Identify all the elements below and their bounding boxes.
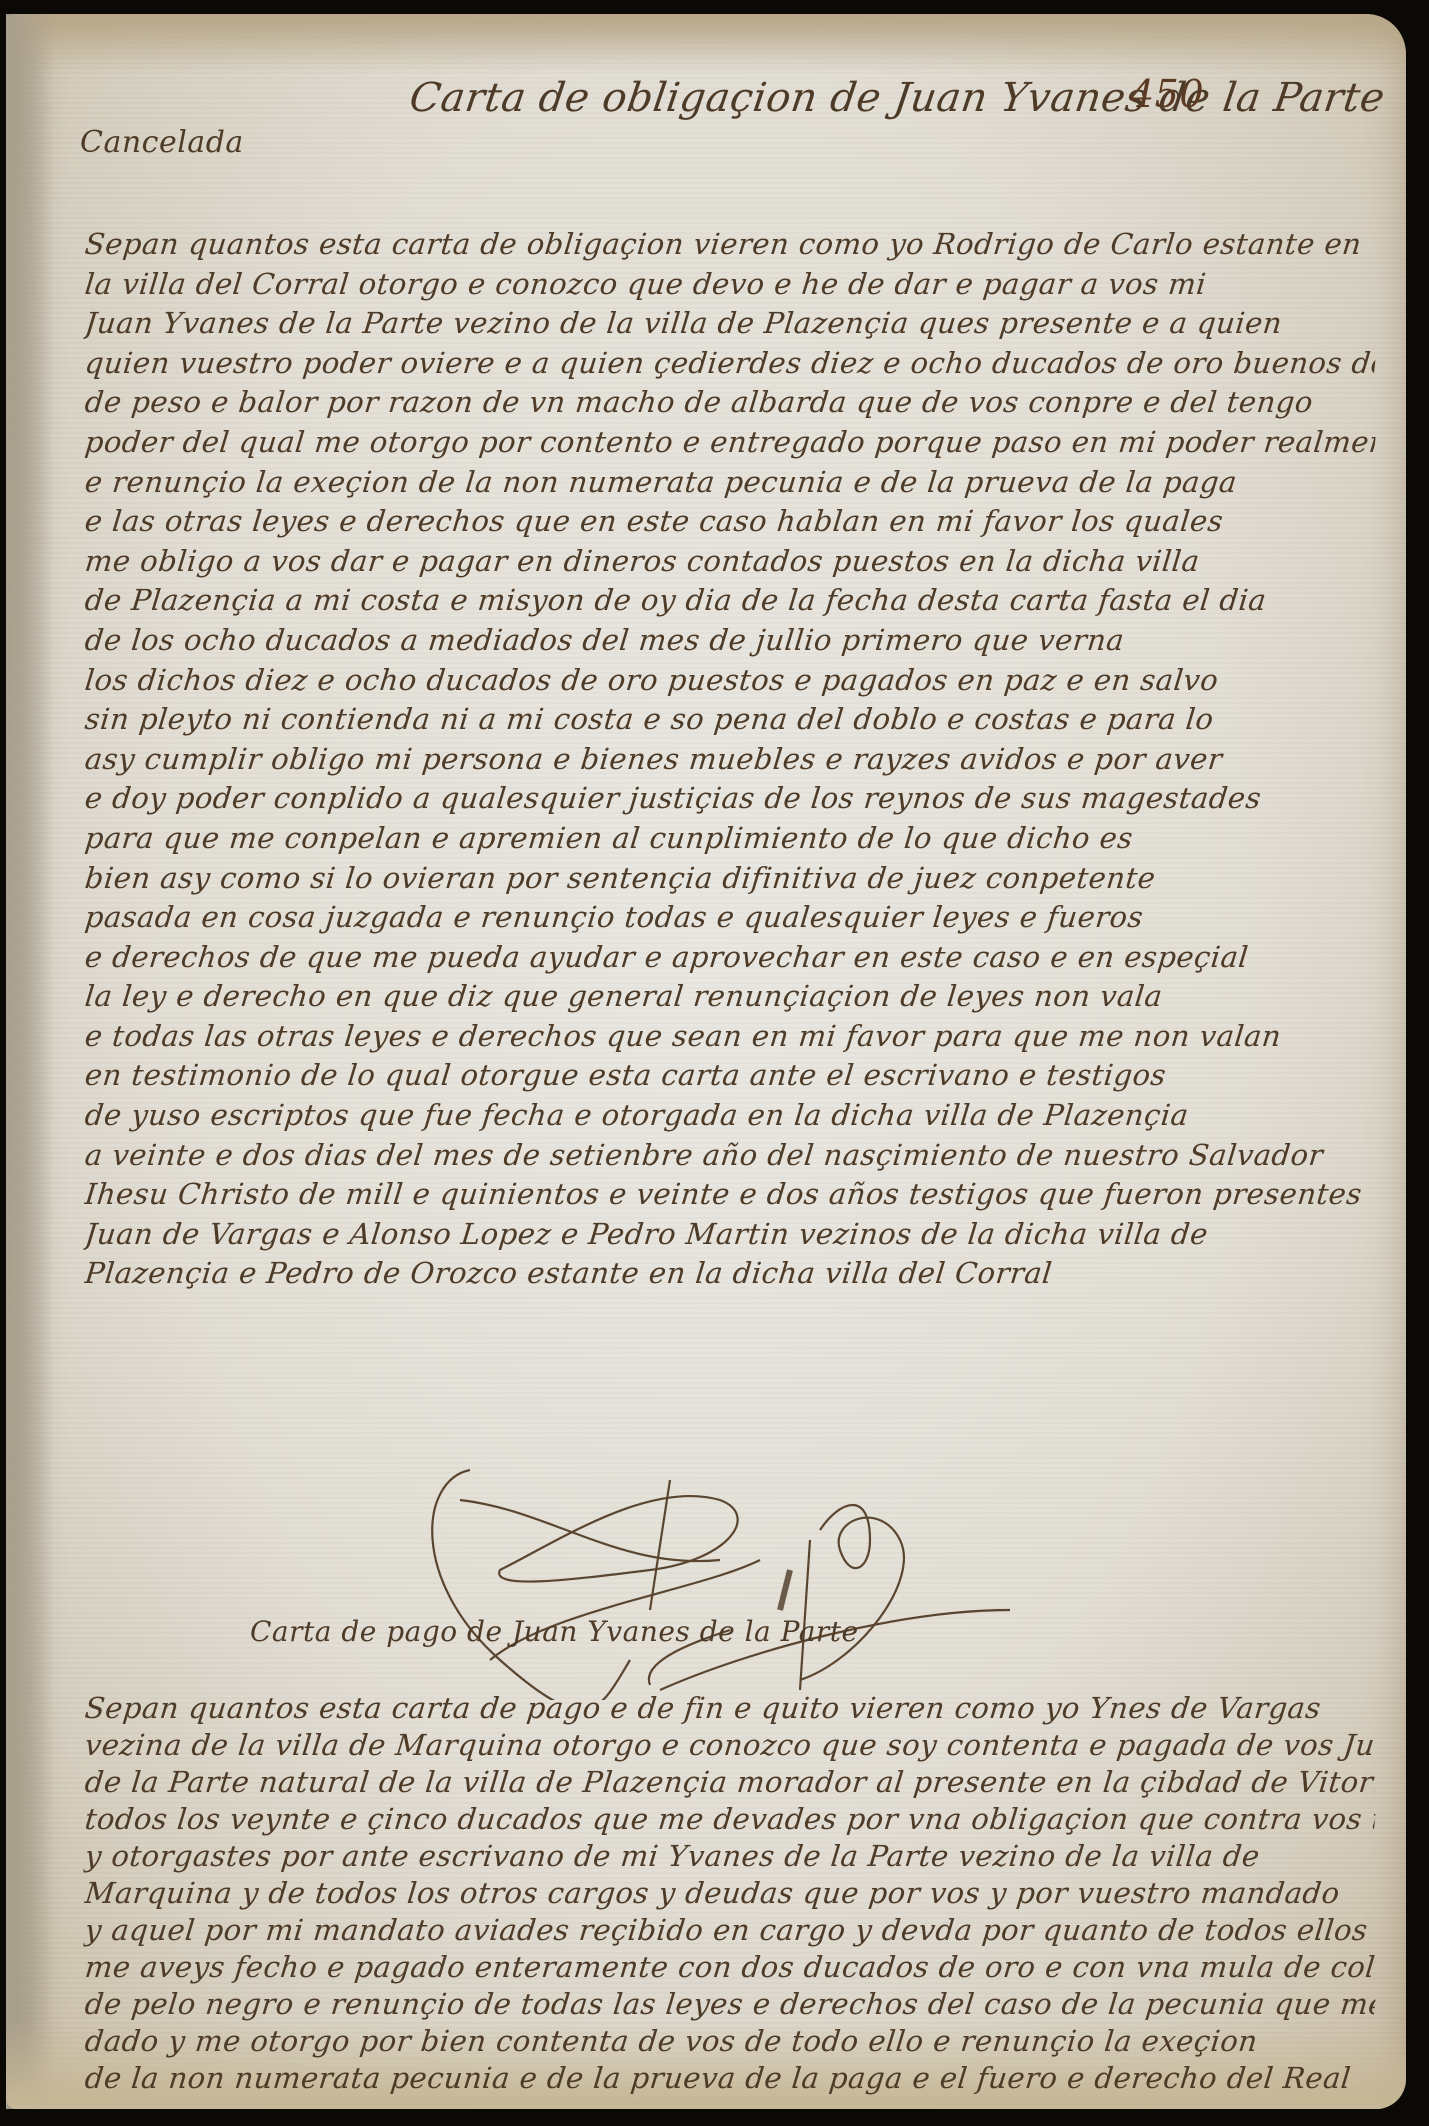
deed-1-line: me obligo a vos dar e pagar en dineros c… <box>83 542 1377 582</box>
deed-1-line: los dichos diez e ocho ducados de oro pu… <box>83 661 1377 701</box>
margin-note: Cancelada <box>80 125 244 160</box>
deed-1-line: en testimonio de lo qual otorgue esta ca… <box>83 1056 1377 1096</box>
document-heading: Carta de obligaçion de Juan Yvanes de la… <box>407 75 1388 121</box>
deed-1-line: para que me conpelan e apremien al cunpl… <box>83 819 1377 859</box>
deed-2-line: de pelo negro e renunçio de todas las le… <box>83 1986 1377 2023</box>
deed-1-line: e derechos de que me pueda ayudar e apro… <box>83 938 1377 978</box>
deed-1-line: la villa del Corral otorgo e conozco que… <box>83 265 1377 305</box>
folio-number: 450 <box>1130 72 1204 116</box>
deed-1-line: asy cumplir obligo mi persona e bienes m… <box>83 740 1377 780</box>
deed-2-line: y otorgastes por ante escrivano de mi Yv… <box>83 1838 1377 1875</box>
deed-1-line: Plazençia e Pedro de Orozco estante en l… <box>83 1254 1377 1294</box>
deed-1-line: la ley e derecho en que diz que general … <box>83 977 1377 1017</box>
deed-1-line: Juan Yvanes de la Parte vezino de la vil… <box>83 304 1377 344</box>
deed-1-line: de peso e balor por razon de vn macho de… <box>83 383 1377 423</box>
deed-1-body: Sepan quantos esta carta de obligaçion v… <box>85 225 1375 1294</box>
deed-2-heading: Carta de pago de Juan Yvanes de la Parte <box>250 1615 859 1648</box>
deed-1-line: a veinte e dos dias del mes de setienbre… <box>83 1136 1377 1176</box>
deed-1-line: e renunçio la exeçion de la non numerata… <box>83 463 1377 503</box>
deed-1-line: de Plazençia a mi costa e misyon de oy d… <box>83 581 1377 621</box>
binding-gutter <box>6 14 54 2109</box>
deed-2-line: Marquina y de todos los otros cargos y d… <box>83 1875 1377 1912</box>
deed-2-line: y aquel por mi mandato aviades reçibido … <box>83 1912 1377 1949</box>
deed-1-line: poder del qual me otorgo por contento e … <box>83 423 1377 463</box>
deed-1-line: de los ocho ducados a mediados del mes d… <box>83 621 1377 661</box>
deed-1-line: Sepan quantos esta carta de obligaçion v… <box>83 225 1377 265</box>
deed-2-line: Sepan quantos esta carta de pago e de fi… <box>83 1690 1377 1727</box>
deed-2-line: de la non numerata pecunia e de la pruev… <box>83 2060 1377 2097</box>
deed-1-line: pasada en cosa juzgada e renunçio todas … <box>83 898 1377 938</box>
deed-2-body: Sepan quantos esta carta de pago e de fi… <box>85 1690 1375 2097</box>
deed-2-line: todos los veynte e çinco ducados que me … <box>83 1801 1377 1838</box>
deed-1-line: e todas las otras leyes e derechos que s… <box>83 1017 1377 1057</box>
deed-1-line: e las otras leyes e derechos que en este… <box>83 502 1377 542</box>
deed-2-line: dado y me otorgo por bien contenta de vo… <box>83 2023 1377 2060</box>
deed-1-line: bien asy como si lo ovieran por sentençi… <box>83 859 1377 899</box>
page-top-edge <box>6 14 1406 74</box>
deed-1-line: Ihesu Christo de mill e quinientos e vei… <box>83 1175 1377 1215</box>
notary-rubric-icon <box>400 1460 1020 1700</box>
deed-2-line: vezina de la villa de Marquina otorgo e … <box>83 1727 1377 1764</box>
deed-1-line: quien vuestro poder oviere e a quien çed… <box>83 344 1377 384</box>
deed-1-line: e doy poder conplido a qualesquier justi… <box>83 779 1377 819</box>
deed-1-line: Juan de Vargas e Alonso Lopez e Pedro Ma… <box>83 1215 1377 1255</box>
deed-2-line: de la Parte natural de la villa de Plaze… <box>83 1764 1377 1801</box>
deed-1-line: de yuso escriptos que fue fecha e otorga… <box>83 1096 1377 1136</box>
deed-1-line: sin pleyto ni contienda ni a mi costa e … <box>83 700 1377 740</box>
deed-2-line: me aveys fecho e pagado enteramente con … <box>83 1949 1377 1986</box>
